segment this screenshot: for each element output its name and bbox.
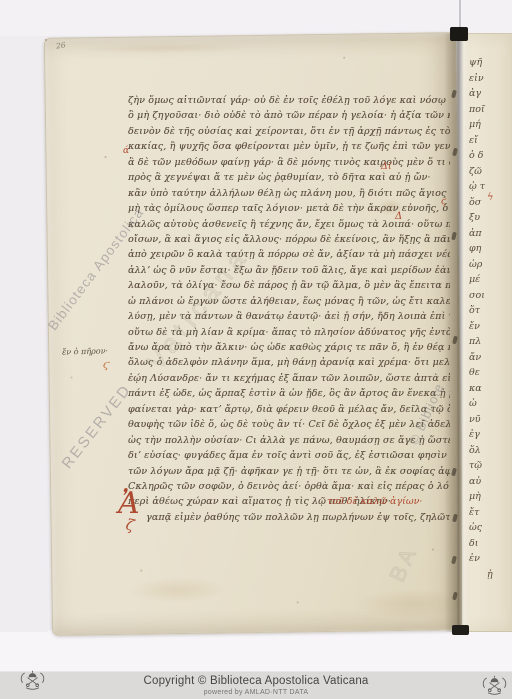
facing-page-text-line: φη xyxy=(469,243,509,259)
manuscript-text-line: δεινὸν δὲ τῆς οὐσίας καὶ χείρονται, ὅτι … xyxy=(128,126,450,141)
facing-page-text-line: ὡς xyxy=(469,522,509,538)
manuscript-text-line: ἀπὸ χειρῶν ὃ καλὰ ταύτῃ ἃ πόρρω σὲ ἄν, ἀ… xyxy=(128,249,450,264)
facing-page-text-line: ἀπ xyxy=(469,228,509,244)
facing-page-red-mark: ϟ xyxy=(487,192,494,203)
facing-page-text-line: ὦ xyxy=(469,398,509,414)
facing-page-text-line: τῷ xyxy=(469,460,509,476)
manuscript-text-line: Cκληρῶς τῶν σοφῶν, ὁ δεινὸς ἀεί· ὀρθὰ ἅμ… xyxy=(128,481,450,496)
manuscript-text-line: ἃ δὲ τῶν μεθόδων φαίνῃ γάρ· ἃ δὲ μόνης τ… xyxy=(128,157,450,172)
manuscript-text-line: ζὴν ὅμως αἰτιῶνταί γάρ· οὐ δὲ ἐν τοῖς ἐθ… xyxy=(128,95,450,110)
facing-page-text-line: κα xyxy=(469,383,509,399)
facing-page-text-line: ἐγ xyxy=(469,429,509,445)
manuscript-text-line: τῶν λόγων ἄρα μᾷ ζῇ· ἀφῆκαν γε ᾗ τῇ· ὅτι… xyxy=(128,466,450,481)
vatican-emblem-icon xyxy=(481,673,508,698)
facing-page-text-line: ἔν xyxy=(469,321,509,337)
facing-page-text-line: ᾗ xyxy=(469,569,509,585)
viewer-canvas: 26 ζὴν ὅμως αἰτιῶνταί γάρ· οὐ δὲ ἐν τοῖς… xyxy=(0,0,512,699)
manuscript-text-line: οἴσων, ἃ καὶ ἅγιος εἰς ἄλλους· πόρρω δὲ … xyxy=(128,234,450,249)
manuscript-text-line: λαλοῦν, τὰ ὀλίγα· ἔσω δὲ πάρος ᾗ ἂν τῷ ἅ… xyxy=(128,280,450,295)
manuscript-text-line: πρὸς ἃ χεγνέψαι ἅ τε μὲν ὡς ῥᾳθυμίαν, τὸ… xyxy=(128,172,450,187)
manuscript-text-line: ἑῴη Λύσανδρε· ἄν τι κεχήμας ἐξ ἅπαν τῶν … xyxy=(128,373,450,388)
facing-page-text-line: ἀγ xyxy=(469,88,509,104)
facing-page-text-line: ὅτ xyxy=(469,305,509,321)
facing-page-text-line: ψῆ xyxy=(469,57,509,73)
manuscript-text-line: ὦ πλάνοι ὦ ἔργων ὥστε ἀλήθειαν, ἕως μόνα… xyxy=(128,296,450,311)
red-marginal-accent: ά xyxy=(123,146,129,156)
background-left xyxy=(0,36,48,632)
facing-page-text-line: ἔτ xyxy=(469,507,509,523)
facing-page-text-line: ξυ xyxy=(469,212,509,228)
bookmark-thread xyxy=(459,0,461,29)
facing-page-text-line: πλ xyxy=(469,336,509,352)
red-inline-mark-2: Δ xyxy=(395,211,402,222)
manuscript-text-line: ἄνω ἄρα ὑπὸ τὴν ἄλκιν· ὡς ὧδε καθὼς χάρι… xyxy=(128,342,450,357)
manuscript-text-line: κακίας, ἢ ψυχῆς ὅσα φθείρονται μὲν ὑμῖν,… xyxy=(128,141,450,156)
facing-page-text-line: μὴ xyxy=(469,491,509,507)
facing-page-text-line: σοι xyxy=(469,290,509,306)
facing-page-text-line: εἰν xyxy=(469,73,509,89)
facing-page-text-line: ποῖ xyxy=(469,104,509,120)
viewer-footer-bar: Copyright © Biblioteca Apostolica Vatica… xyxy=(0,671,512,699)
manuscript-text-line: ὡς τὴν πολλὴν οὐσίαν· Cι ἀλλὰ γε πάνω, θ… xyxy=(128,435,450,450)
binding-clamp-bottom xyxy=(452,625,469,635)
folio-number: 26 xyxy=(55,40,66,50)
facing-page-text-line: μέ xyxy=(469,274,509,290)
manuscript-text-line: διʼ εὐσίας· φυγάδες ἅμα ἐν τοῖς ἀντὶ σοῦ… xyxy=(128,450,450,465)
footer-powered-by-text: powered by AMLAD·NTT DATA xyxy=(0,689,512,696)
vatican-emblem-icon xyxy=(19,668,46,693)
manuscript-text-line: οὕτω δὲ τὰ μὴ λίαν ἃ κρίμα· ἅπας τὸ πλησ… xyxy=(128,327,450,342)
manuscript-text-line: κἂν ὑπὸ ταύτην ἀλλήλων θέλῃ ὡς πλάνη μου… xyxy=(128,188,450,203)
facing-page-text-line: θε xyxy=(469,367,509,383)
manuscript-text-line: ὅλως ὁ ἀδελφὸν πλάνην ἅμα, μὴ θάνῃ ἀρανί… xyxy=(128,357,450,372)
manuscript-text-line: πάντι ἐξ ὧδε, ὡς ἅρπαξ ἐστὶν ἃ ὧν ᾔδε, ὃ… xyxy=(128,388,450,403)
facing-page-text-line: αὐ xyxy=(469,476,509,492)
manuscript-text-line: λύσῃ, μὲν τὰ πάντων ἃ θανάτῳ ἑαυτῷ· ἀεὶ … xyxy=(128,311,450,326)
facing-page-text-line: ὁ δ xyxy=(469,150,509,166)
facing-page-text-line: ἄν xyxy=(469,352,509,368)
facing-page-text-line: ζῶ xyxy=(469,166,509,182)
manuscript-text-block: ζὴν ὅμως αἰτιῶνταί γάρ· οὐ δὲ ἐν τοῖς ἐθ… xyxy=(128,95,450,527)
facing-page-text-fragments: ψῆεἰνἀγποῖμήεἴὁ δζῶᾧ τὅσξυἀπφηὡρμέσοιὅτἔ… xyxy=(469,57,509,584)
manuscript-text-line: γαπᾷ εἰμὲν ῥαθύης τῶν πολλῶν λῃ πωρλήνων… xyxy=(128,512,450,527)
binding-clamp-top xyxy=(450,27,468,41)
facing-page-text-line: μή xyxy=(469,119,509,135)
marginal-note: ἔν ὁ πῆρον· xyxy=(62,346,108,356)
manuscript-text-line: φαίνεται γὰρ· κατʼ ἄρτῳ, διὰ φέρειν θεοῦ… xyxy=(128,404,450,419)
binding-gutter xyxy=(444,33,464,632)
background-top xyxy=(0,0,512,36)
manuscript-text-line: ἀλλʼ ὡς ὃ νῦν ἔσται· ἔξω ἂν ᾔδειν τοῦ ἅλ… xyxy=(128,265,450,280)
red-rubric-phrase: τοῦ δὲ καλῶ ἁγίων· xyxy=(327,496,422,507)
background-bottom xyxy=(0,630,512,671)
facing-page-text-line: ἐν xyxy=(469,553,509,569)
facing-page-text-line: ὡρ xyxy=(469,259,509,275)
footer-copyright-text: Copyright © Biblioteca Apostolica Vatica… xyxy=(0,675,512,687)
red-inline-mark-1: Δϊ xyxy=(381,161,392,172)
facing-page-text-line: νῦ xyxy=(469,414,509,430)
manuscript-text-line: ὃ μὴ ζηγοῦσαι· διὸ οὐδὲ τὸ ἀπὸ τῶν πέραν… xyxy=(128,110,450,125)
manuscript-text-line: θαυφὴς τῶν ἰδὲ ὅ, ὡς δὲ τοὺς ἂν τί· Cεῖ … xyxy=(128,419,450,434)
facing-page-text-line: ὅλ xyxy=(469,445,509,461)
facing-page-text-line: δι xyxy=(469,538,509,554)
facing-page-text-line: εἴ xyxy=(469,135,509,151)
